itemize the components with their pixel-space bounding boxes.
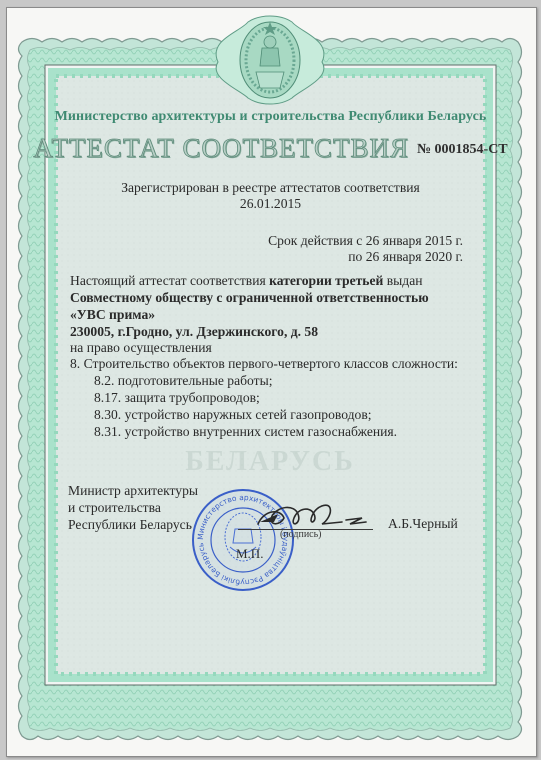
activity-item: 8.2. подготовительные работы; xyxy=(94,373,273,389)
registered-line: Зарегистрирован в реестре аттестатов соо… xyxy=(0,180,541,196)
activity-item: 8.17. защита трубопроводов; xyxy=(94,390,260,406)
signatory-title-line: и строительства xyxy=(68,499,198,516)
intro-category: категории третьей xyxy=(269,273,383,288)
activity-item: 8.31. устройство внутренних систем газос… xyxy=(94,424,397,440)
certificate-title: АТТЕСТАТ СООТВЕТСТВИЯ xyxy=(33,133,409,163)
intro-line: Настоящий аттестат соответствия категори… xyxy=(70,273,423,289)
activity-heading: 8. Строительство объектов первого-четвер… xyxy=(70,356,458,372)
ministry-name: Министерство архитектуры и строительства… xyxy=(0,109,541,125)
signatory-title-line: Министр архитектуры xyxy=(68,482,198,499)
certificate-title-row: АТТЕСТАТ СООТВЕТСТВИЯ № 0001854-СТ xyxy=(0,133,541,164)
watermark-text: БЕЛАРУСЬ xyxy=(150,446,390,478)
registered-date: 26.01.2015 xyxy=(0,196,541,212)
intro-suffix: выдан xyxy=(383,273,422,288)
company-address: 230005, г.Гродно, ул. Дзержинского, д. 5… xyxy=(70,324,318,340)
activity-item: 8.30. устройство наружных сетей газопров… xyxy=(94,407,372,423)
right-to-line: на право осуществления xyxy=(70,340,212,356)
signature-caption: (подпись) xyxy=(280,529,322,540)
signatory-name: А.Б.Черный xyxy=(388,516,458,532)
signatory-title: Министр архитектуры и строительства Респ… xyxy=(68,482,198,533)
signatory-title-line: Республики Беларусь xyxy=(68,516,198,533)
intro-prefix: Настоящий аттестат соответствия xyxy=(70,273,269,288)
company-line-1: Совместному обществу с ограниченной отве… xyxy=(70,290,429,306)
validity-to: по 26 января 2020 г. xyxy=(348,249,463,265)
validity-from: Срок действия с 26 января 2015 г. xyxy=(268,233,463,249)
stamp-place-label: М.П. xyxy=(236,546,263,562)
certificate-number: № 0001854-СТ xyxy=(417,142,508,157)
company-line-2: «УВС прима» xyxy=(70,307,155,323)
